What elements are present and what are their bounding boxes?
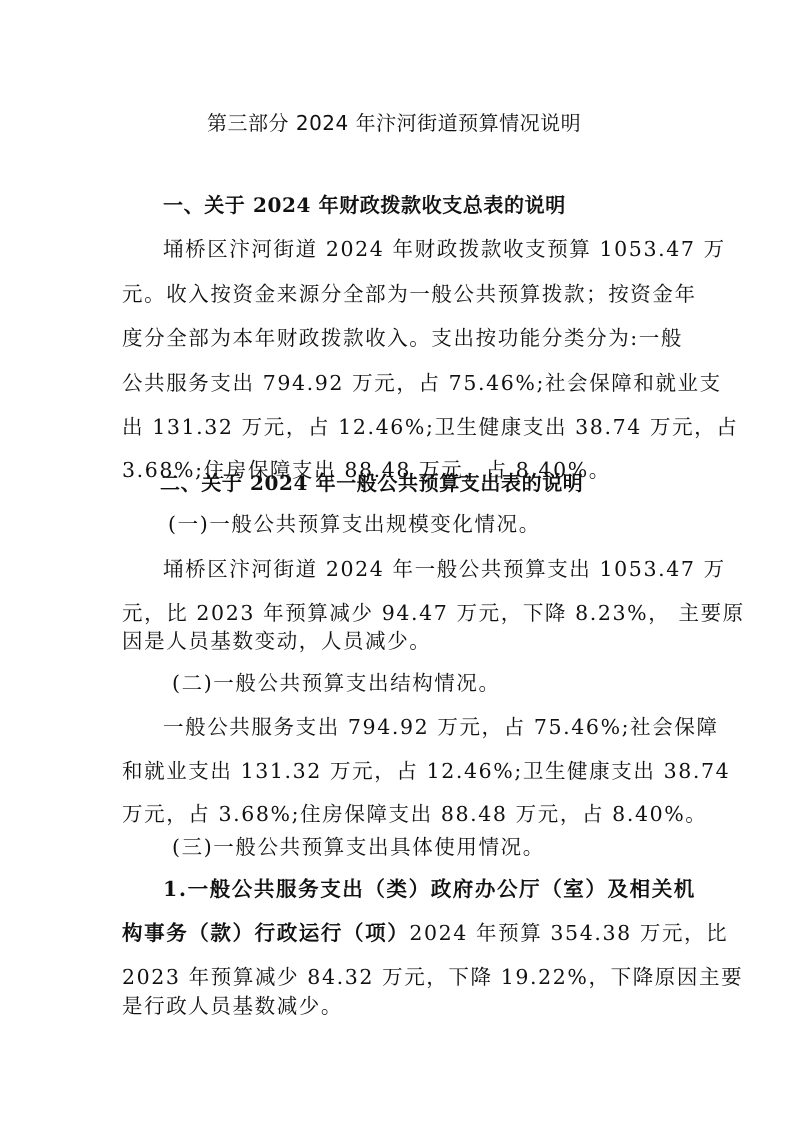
subsection-1-heading: (一)一般公共预算支出规模变化情况。 xyxy=(168,511,541,537)
document-page: 第三部分 2024 年汴河街道预算情况说明 一、关于 2024 年财政拨款收支总… xyxy=(0,0,793,1122)
subsection-1-paragraph-line: 埇桥区汴河街道 2024 年一般公共预算支出 1053.47 万 xyxy=(163,556,726,582)
item-1-budget-text: 2024 年预算 354.38 万元，比 xyxy=(409,921,728,945)
item-1-classification: 构事务（款）行政运行（项） xyxy=(122,921,409,945)
section-1-paragraph-line: 埇桥区汴河街道 2024 年财政拨款收支预算 1053.47 万 xyxy=(163,236,726,262)
subsection-1-paragraph-line: 元，比 2023 年预算减少 94.47 万元，下降 8.23%， 主要原 xyxy=(122,600,745,626)
section-1-paragraph-line: 公共服务支出 794.92 万元，占 75.46%;社会保障和就业支 xyxy=(122,370,722,396)
section-1-paragraph-line: 元。收入按资金来源分全部为一般公共预算拨款；按资金年 xyxy=(122,281,697,307)
section-1-paragraph-line: 度分全部为本年财政拨款收入。支出按功能分类分为:一般 xyxy=(122,325,683,351)
page-title: 第三部分 2024 年汴河街道预算情况说明 xyxy=(207,110,581,136)
item-1-line: 2023 年预算减少 84.32 万元，下降 19.22%，下降原因主要 xyxy=(122,964,743,990)
section-2-heading: 二、关于 2024 年一般公共预算支出表的说明 xyxy=(160,470,583,496)
subsection-2-paragraph-line: 一般公共服务支出 794.92 万元，占 75.46%;社会保障 xyxy=(163,714,719,740)
subsection-1-paragraph-line: 因是人员基数变动，人员减少。 xyxy=(122,628,431,654)
subsection-3-heading: (三)一般公共预算支出具体使用情况。 xyxy=(172,834,545,860)
item-1-line: 是行政人员基数减少。 xyxy=(122,993,343,1019)
section-1-paragraph-line: 出 131.32 万元，占 12.46%;卫生健康支出 38.74 万元，占 xyxy=(122,414,738,440)
subsection-2-paragraph-line: 万元，占 3.68%;住房保障支出 88.48 万元，占 8.40%。 xyxy=(122,801,707,827)
item-1-line: 构事务（款）行政运行（项）2024 年预算 354.38 万元，比 xyxy=(122,920,728,946)
subsection-2-heading: (二)一般公共预算支出结构情况。 xyxy=(172,670,501,696)
item-1-line: 1.一般公共服务支出（类）政府办公厅（室）及相关机 xyxy=(163,876,696,902)
section-1-heading: 一、关于 2024 年财政拨款收支总表的说明 xyxy=(163,192,566,218)
subsection-2-paragraph-line: 和就业支出 131.32 万元，占 12.46%;卫生健康支出 38.74 xyxy=(122,758,730,784)
